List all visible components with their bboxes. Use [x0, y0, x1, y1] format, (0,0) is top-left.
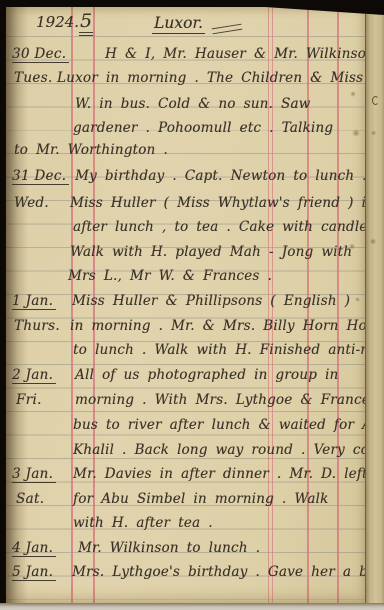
page-vignette [6, 7, 365, 604]
fore-edge-mark [372, 96, 379, 105]
diary-photo: 1924.5 Luxor. 30 Dec.H & I, Mr. Hauser &… [0, 0, 384, 610]
paper-stain [371, 130, 376, 136]
diary-page: 1924.5 Luxor. 30 Dec.H & I, Mr. Hauser &… [6, 7, 365, 604]
photo-edge-bottom [0, 603, 384, 610]
paper-stain [370, 238, 376, 245]
page-fore-edge [365, 0, 384, 604]
